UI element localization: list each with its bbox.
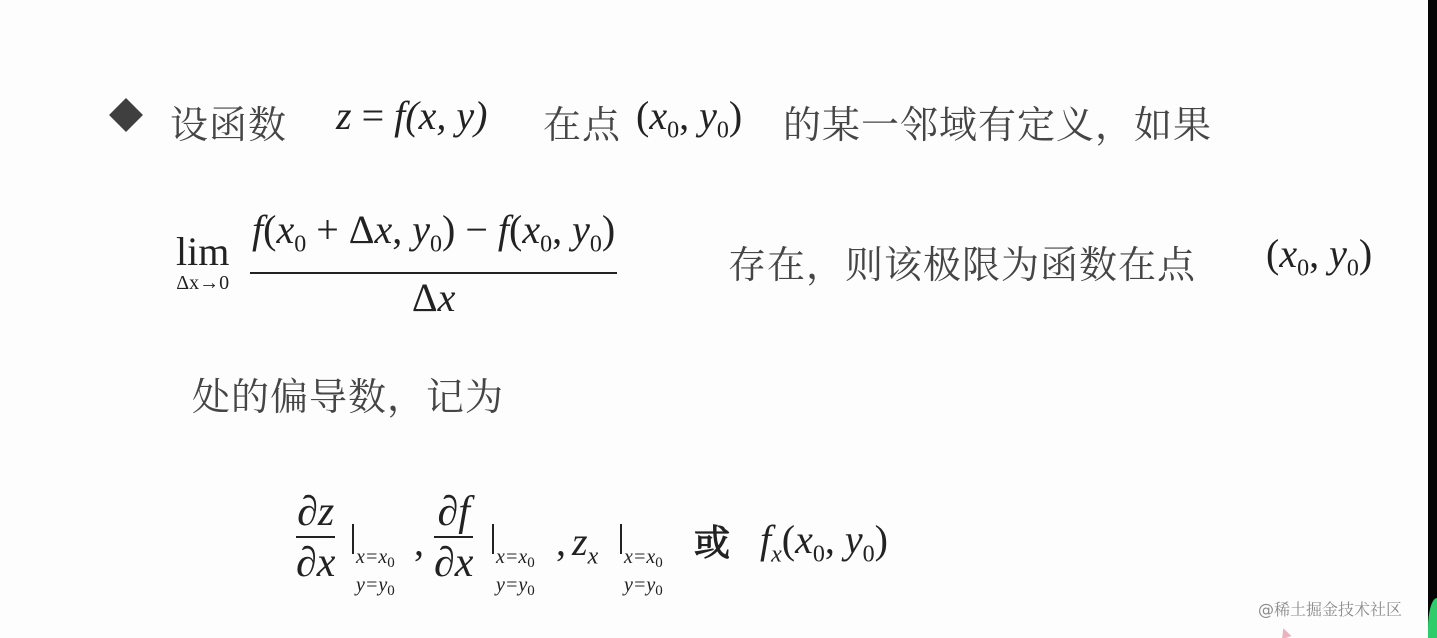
math-f: f [498,207,509,252]
paren-close: ) [1359,231,1372,276]
subscript-0: 0 [1347,255,1359,281]
cond-row-y: y=y0 [624,574,663,602]
paren: ( [509,207,522,252]
slide-canvas: 设函数 z = f(x, y) 在点 (x0, y0) 的某一邻域有定义，如果 … [0,0,1428,638]
math-minus: − [455,207,498,252]
cond-row-x: x=x0 [356,546,395,574]
partial-df-dx: ∂f ∂x [434,490,473,586]
fraction-denominator: Δx [412,276,456,320]
partial-symbol: ∂ [297,489,318,535]
math-y: y [1329,231,1347,276]
paren-open: ( [636,93,649,138]
cond-row-x: x=x0 [624,546,663,574]
diamond-bullet-icon [109,98,143,132]
math-z-sub-x: zx [572,518,598,570]
partial-symbol: ∂ [434,540,455,586]
math-args: (x, y) [405,93,487,138]
math-y: y [412,207,430,252]
paren-close: ) [875,517,888,562]
math-f: f [394,93,405,138]
math-f: f [458,489,470,535]
subscript-0: 0 [540,231,552,257]
math-x: x [522,207,540,252]
evaluation-condition: x=x0 y=y0 [356,546,395,602]
math-comma: , [552,207,572,252]
limit-operator: lim Δx→0 [176,232,229,294]
math-x: x [1279,231,1297,276]
fraction-bar [250,272,617,274]
subscript-0: 0 [813,541,825,567]
paren: ( [263,207,276,252]
evaluation-bar [620,524,622,554]
pd-numerator: ∂z [297,490,334,534]
text-or: 或 [694,515,730,566]
watermark: @稀土掘金技术社区 [1258,597,1402,620]
partial-symbol: ∂ [296,540,317,586]
lim-word: lim [176,232,229,272]
math-comma: , [392,207,412,252]
math-y: y [699,93,717,138]
subscript-0: 0 [667,117,679,143]
math-comma: , [556,518,566,565]
subscript-0: 0 [1297,255,1309,281]
cursor-pointer-icon [1279,627,1292,638]
math-z: z [572,519,588,564]
math-comma: , [679,93,699,138]
math-x: x [276,207,294,252]
partial-symbol: ∂ [437,489,458,535]
subscript-x: x [588,543,599,569]
formula-point-x0-y0: (x0, y0) [636,92,742,144]
math-comma: , [1309,231,1329,276]
math-f: f [760,517,771,562]
evaluation-condition: x=x0 y=y0 [624,546,663,602]
text-neighborhood-defined: 的某一邻域有定义，如果 [783,94,1212,149]
math-x: x [649,93,667,138]
subscript-0: 0 [717,117,729,143]
math-f: f [252,207,263,252]
subscript-0: 0 [430,231,442,257]
math-delta: Δ [412,275,438,320]
text-limit-exists: 存在，则该极限为函数在点 [728,234,1196,289]
math-comma: , [825,517,845,562]
partial-dz-dx: ∂z ∂x [296,490,335,586]
evaluation-bar [352,524,354,554]
math-comma: , [414,518,424,565]
pd-denominator: ∂x [434,540,473,586]
fraction-bar [296,536,335,538]
text-set-function: 设函数 [170,94,287,149]
subscript-0: 0 [863,541,875,567]
math-z: z [318,489,334,535]
pd-numerator: ∂f [437,490,469,534]
cond-row-y: y=y0 [356,574,395,602]
math-x: x [317,540,336,586]
lim-subscript: Δx→0 [176,272,229,294]
text-at-point: 在点 [543,94,621,149]
fraction-bar [434,536,473,538]
math-y: y [572,207,590,252]
math-x: x [795,517,813,562]
subscript-x: x [771,541,782,567]
math-x: x [375,207,393,252]
math-x: x [438,275,456,320]
paren: ) [442,207,455,252]
math-y: y [845,517,863,562]
paren-open: ( [1266,231,1279,276]
subscript-0: 0 [294,231,306,257]
formula-z-equals-f: z = f(x, y) [336,92,487,139]
cond-row-x: x=x0 [496,546,535,574]
fraction-numerator: f(x0 + Δx, y0) − f(x0, y0) [250,206,617,268]
paren-open: ( [782,517,795,562]
math-equals: = [352,93,395,138]
subscript-0: 0 [590,231,602,257]
difference-quotient: f(x0 + Δx, y0) − f(x0, y0) Δx [250,206,617,320]
math-plus-delta: + Δ [306,207,374,252]
cond-row-y: y=y0 [496,574,535,602]
paren: ) [602,207,615,252]
paren-close: ) [729,93,742,138]
right-edge-strip [1428,0,1437,638]
pd-denominator: ∂x [296,540,335,586]
text-partial-derivative-denoted: 处的偏导数，记为 [192,366,504,421]
evaluation-bar [492,524,494,554]
evaluation-condition: x=x0 y=y0 [496,546,535,602]
math-x: x [455,540,474,586]
formula-point-x0-y0: (x0, y0) [1266,230,1372,282]
formula-fx-x0-y0: fx(x0, y0) [760,516,888,568]
math-z: z [336,93,352,138]
